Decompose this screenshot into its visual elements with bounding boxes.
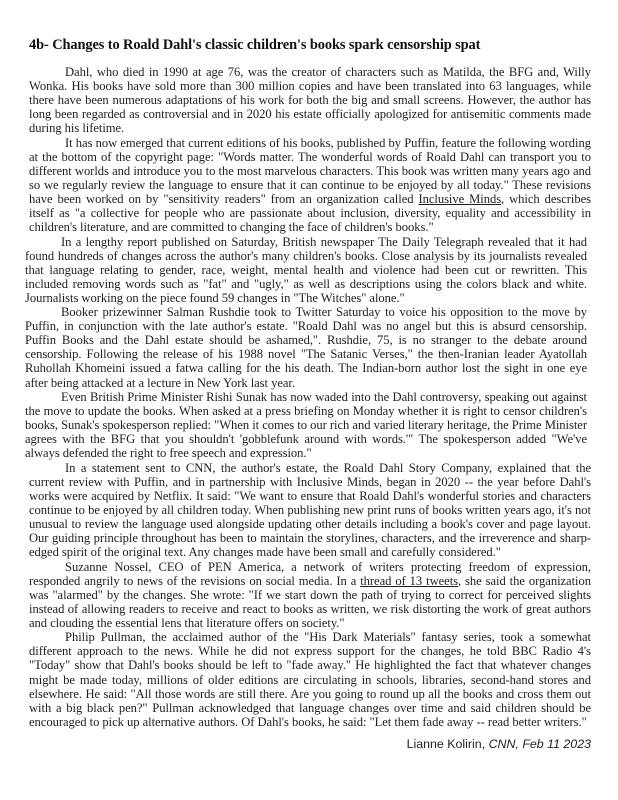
thread-of-tweets-link[interactable]: thread of 13 tweets: [360, 574, 458, 588]
byline-author: Lianne Kolirin,: [407, 737, 486, 751]
paragraph-sunak: Even British Prime Minister Rishi Sunak …: [25, 390, 587, 460]
paragraph-pullman: Philip Pullman, the acclaimed author of …: [29, 630, 591, 728]
inclusive-minds-link[interactable]: Inclusive Minds: [418, 192, 501, 206]
paragraph-rushdie: Booker prizewinner Salman Rushdie took t…: [25, 305, 587, 389]
document-page: 4b- Changes to Roald Dahl's classic chil…: [29, 36, 591, 752]
byline-source: CNN, Feb 11 2023: [489, 737, 591, 751]
paragraph-dahl-intro: Dahl, who died in 1990 at age 76, was th…: [29, 65, 591, 135]
paragraph-puffin-wording: It has now emerged that current editions…: [29, 136, 591, 234]
byline: Lianne Kolirin, CNN, Feb 11 2023: [29, 736, 591, 752]
article-title: 4b- Changes to Roald Dahl's classic chil…: [29, 36, 591, 54]
paragraph-telegraph-report: In a lengthy report published on Saturda…: [25, 235, 587, 305]
paragraph-pen-america: Suzanne Nossel, CEO of PEN America, a ne…: [29, 560, 591, 630]
paragraph-estate-statement: In a statement sent to CNN, the author's…: [29, 461, 591, 559]
